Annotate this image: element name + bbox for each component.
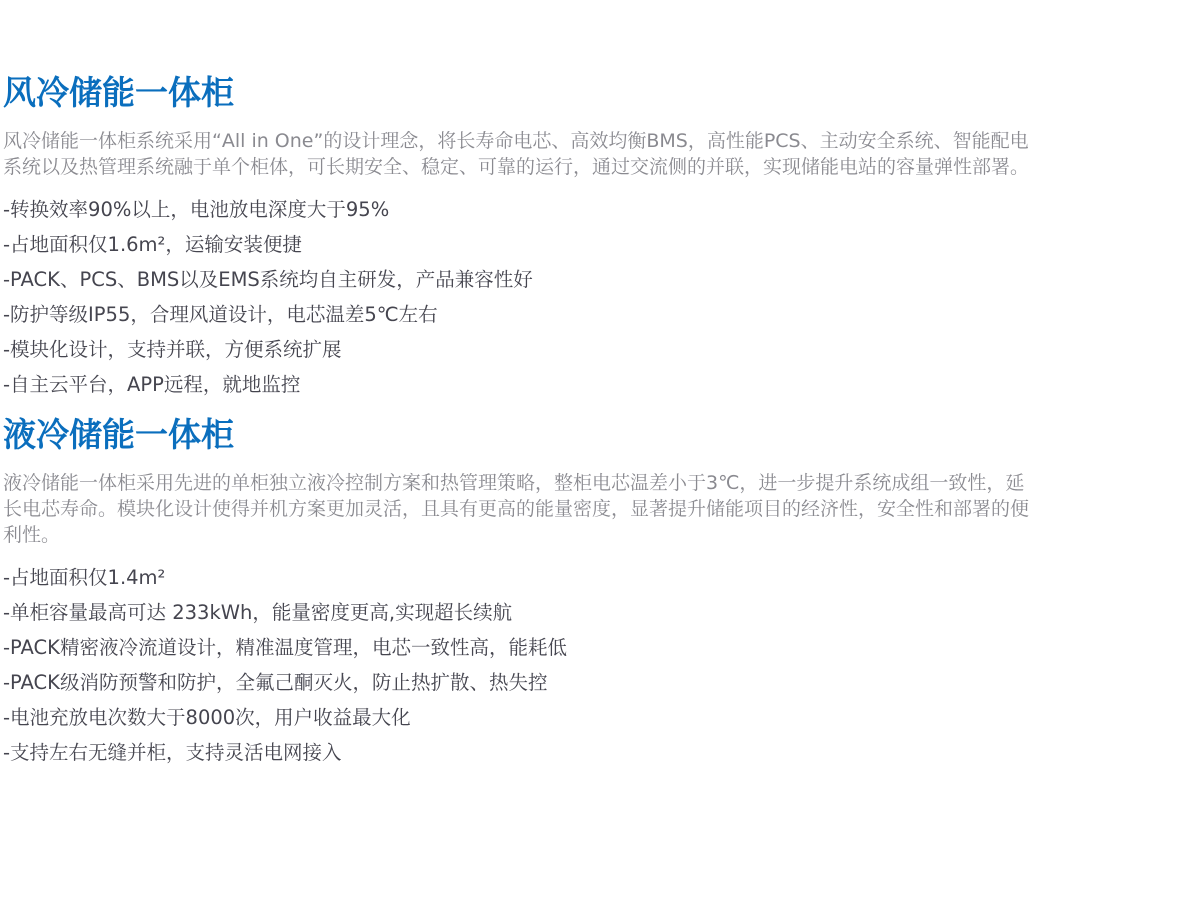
feature-item: -PACK精密液冷流道设计，精准温度管理，电芯一致性高，能耗低	[3, 630, 1043, 665]
feature-item: -PACK、PCS、BMS以及EMS系统均自主研发，产品兼容性好	[3, 262, 1043, 297]
product-page: 风冷储能一体柜 风冷储能一体柜系统采用“All in One”的设计理念，将长寿…	[3, 72, 1043, 770]
feature-item: -转换效率90%以上，电池放电深度大于95%	[3, 192, 1043, 227]
feature-item: -支持左右无缝并柜，支持灵活电网接入	[3, 735, 1043, 770]
feature-item: -自主云平台，APP远程，就地监控	[3, 367, 1043, 402]
feature-item: -占地面积仅1.4m²	[3, 560, 1043, 595]
section-air-cooled: 风冷储能一体柜 风冷储能一体柜系统采用“All in One”的设计理念，将长寿…	[3, 72, 1043, 402]
section-description: 液冷储能一体柜采用先进的单柜独立液冷控制方案和热管理策略，整柜电芯温差小于3℃，…	[3, 470, 1033, 548]
section-description: 风冷储能一体柜系统采用“All in One”的设计理念，将长寿命电芯、高效均衡…	[3, 128, 1033, 180]
feature-list: -占地面积仅1.4m² -单柜容量最高可达 233kWh，能量密度更高,实现超长…	[3, 560, 1043, 770]
feature-item: -占地面积仅1.6m²，运输安装便捷	[3, 227, 1043, 262]
section-title: 风冷储能一体柜	[3, 72, 1043, 114]
feature-item: -电池充放电次数大于8000次，用户收益最大化	[3, 700, 1043, 735]
section-liquid-cooled: 液冷储能一体柜 液冷储能一体柜采用先进的单柜独立液冷控制方案和热管理策略，整柜电…	[3, 414, 1043, 770]
feature-list: -转换效率90%以上，电池放电深度大于95% -占地面积仅1.6m²，运输安装便…	[3, 192, 1043, 402]
feature-item: -PACK级消防预警和防护，全氟己酮灭火，防止热扩散、热失控	[3, 665, 1043, 700]
section-title: 液冷储能一体柜	[3, 414, 1043, 456]
feature-item: -模块化设计，支持并联，方便系统扩展	[3, 332, 1043, 367]
feature-item: -单柜容量最高可达 233kWh，能量密度更高,实现超长续航	[3, 595, 1043, 630]
feature-item: -防护等级IP55，合理风道设计，电芯温差5℃左右	[3, 297, 1043, 332]
